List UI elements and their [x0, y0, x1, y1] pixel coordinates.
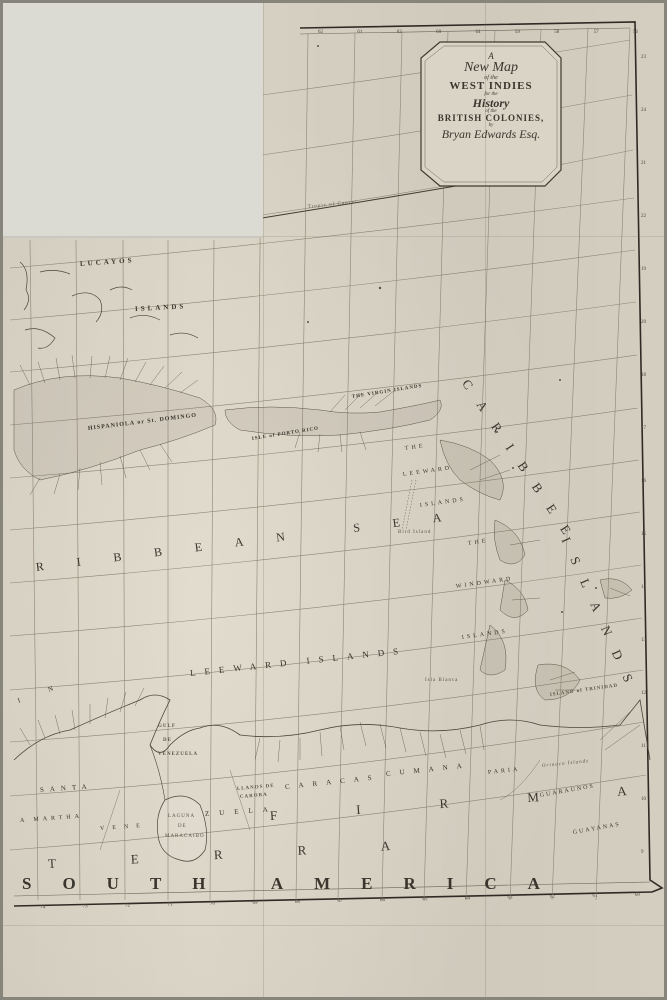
tick: 61 [357, 30, 362, 35]
cartouche-new-map: New Map [421, 61, 561, 75]
right-latitude-ticks: 23 24 21 22 19 20 18 17 16 15 14 13 12 1… [641, 55, 646, 855]
tick: 61 [592, 894, 597, 899]
cartouche-history: History [421, 97, 561, 109]
tick: 69 [252, 901, 257, 906]
title-cartouche: A New Map of the WEST INDIES for the His… [421, 42, 561, 184]
south-america-label: SOUTH AMERICA [22, 874, 571, 894]
cartouche-west-indies: WEST INDIES [421, 81, 561, 92]
isla-blanca-label: Isla Blanca [425, 678, 458, 683]
tick: 60 [635, 893, 640, 898]
tick: 20 [641, 320, 646, 325]
tick: 12 [641, 691, 646, 696]
tick: 57 [594, 30, 599, 35]
tick: 56 [633, 30, 638, 35]
tick: 14 [641, 585, 646, 590]
tick: 22 [641, 214, 646, 219]
tick: 70 [210, 902, 215, 907]
tick: 63 [507, 895, 512, 900]
gulf-label: GULF [158, 724, 176, 729]
venezuela-gulf-label: VENEZUELA [158, 752, 198, 757]
tick: 21 [641, 161, 646, 166]
tick: 16 [641, 479, 646, 484]
tick: 65 [422, 897, 427, 902]
tick: 68 [295, 900, 300, 905]
laguna-label: LAGUNA [168, 814, 195, 819]
tick: 71 [167, 903, 172, 908]
laguna-de-label: DE [178, 824, 187, 829]
tick: 73 [83, 904, 88, 909]
tick: 15 [641, 532, 646, 537]
tick: 67 [337, 899, 342, 904]
tick: 10 [641, 797, 646, 802]
top-longitude-ticks: 62 61 63 60 64 59 58 57 56 [318, 30, 638, 35]
tick: 24 [641, 108, 646, 113]
tick: 9 [641, 850, 646, 855]
tick: 72 [125, 903, 130, 908]
cartouche-british-colonies: BRITISH COLONIES, [421, 114, 561, 123]
tick: 66 [380, 898, 385, 903]
de-label: DE [163, 738, 172, 743]
tick: 59 [515, 30, 520, 35]
tick: 62 [550, 894, 555, 899]
tick: 13 [641, 638, 646, 643]
tick: 58 [554, 30, 559, 35]
tick: 23 [641, 55, 646, 60]
blank-paper-patch [3, 3, 263, 238]
tick: 11 [641, 744, 646, 749]
tick: 64 [476, 30, 481, 35]
cartouche-author: Bryan Edwards Esq. [421, 128, 561, 140]
maracaibo-label: MARACAIBO [165, 834, 205, 839]
tick: 60 [436, 30, 441, 35]
tick: 64 [465, 896, 470, 901]
tick: 63 [397, 30, 402, 35]
tick: 19 [641, 267, 646, 272]
tick: 62 [318, 30, 323, 35]
tick: 74 [40, 905, 45, 910]
tick: 18 [641, 373, 646, 378]
fold-line [3, 925, 664, 926]
tick: 17 [641, 426, 646, 431]
bird-island-label: Bird Island [398, 530, 431, 535]
